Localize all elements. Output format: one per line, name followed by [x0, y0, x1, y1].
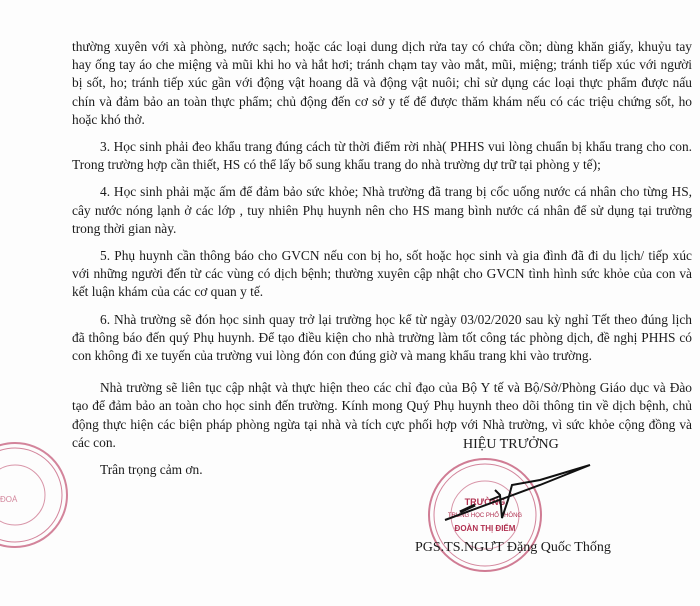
document-page: ĐOÀ thường xuyên với xà phòng, nước sạch…: [0, 0, 700, 606]
partial-seal-stamp: ĐOÀ: [0, 430, 70, 560]
paragraph-hygiene: thường xuyên với xà phòng, nước sạch; ho…: [72, 38, 692, 129]
paragraph-item-3: 3. Học sinh phải đeo khẩu trang đúng các…: [72, 138, 692, 174]
paragraph-closing: Nhà trường sẽ liên tục cập nhật và thực …: [72, 379, 692, 452]
document-body: thường xuyên với xà phòng, nước sạch; ho…: [72, 38, 692, 488]
paragraph-item-5: 5. Phụ huynh cần thông báo cho GVCN nếu …: [72, 247, 692, 302]
signature-title: HIỆU TRƯỞNG: [463, 437, 559, 453]
signer-name: PGS.TS.NGƯT Đặng Quốc Thống: [415, 540, 611, 556]
svg-text:ĐOÀ: ĐOÀ: [0, 495, 18, 504]
handwritten-signature: [440, 460, 600, 530]
paragraph-item-6: 6. Nhà trường sẽ đón học sinh quay trở l…: [72, 311, 692, 366]
paragraph-item-4: 4. Học sinh phải mặc ấm để đảm bảo sức k…: [72, 183, 692, 238]
